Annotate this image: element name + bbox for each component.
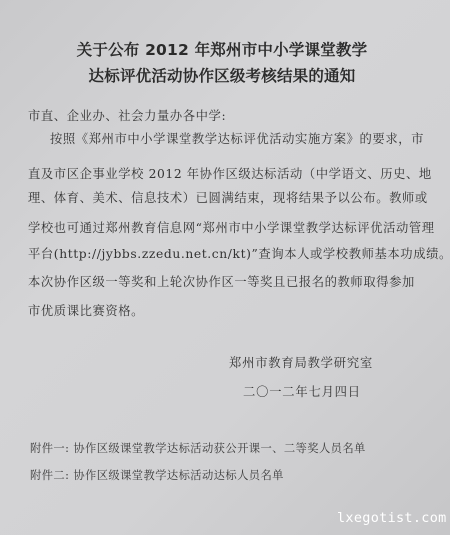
document-title-line-1: 关于公布 2012 年郑州市中小学课堂教学 — [0, 38, 447, 60]
attachment-2-prefix: 附件二: — [30, 469, 69, 482]
document-title-line-2: 达标评优活动协作区级考核结果的通知 — [0, 64, 447, 86]
watermark: lxegotist.com — [337, 510, 447, 526]
body-line-5: 平台(http://jybbs.zzedu.net.cn/kt)”查询本人或学校… — [28, 244, 450, 262]
body-line-7: 市优质课比赛资格。 — [28, 301, 144, 319]
attachment-2-text: 协作区级课堂教学达标活动达标人员名单 — [73, 469, 284, 482]
body-line-1: 按照《郑州市中小学课堂教学达标评优活动实施方案》的要求，市 — [50, 129, 424, 147]
document-page: 关于公布 2012 年郑州市中小学课堂教学 达标评优活动协作区级考核结果的通知 … — [0, 0, 450, 535]
body-line-3: 理、体育、美术、信息技术）已圆满结束，现将结果予以公布。教师或 — [28, 188, 428, 206]
salutation: 市直、企业办、社会力量办各中学: — [28, 106, 226, 124]
body-line-6: 本次协作区级一等奖和上轮次协作区一等奖且已报名的教师取得参加 — [28, 272, 415, 290]
body-line-2: 直及市区企事业学校 2012 年协作区级达标活动（中学语文、历史、地 — [28, 164, 432, 182]
attachment-1: 附件一:协作区级课堂教学达标活动获公开课一、二等奖人员名单 — [30, 440, 366, 456]
body-line-4: 学校也可通过郑州教育信息网“郑州市中小学课堂教学达标评优活动管理 — [28, 218, 435, 236]
attachment-1-prefix: 附件一: — [30, 442, 69, 455]
attachment-1-text: 协作区级课堂教学达标活动获公开课一、二等奖人员名单 — [73, 442, 365, 455]
signature-date: 二〇一二年七月四日 — [243, 382, 361, 400]
attachment-2: 附件二:协作区级课堂教学达标活动达标人员名单 — [30, 467, 284, 483]
signature-organization: 郑州市教育局教学研究室 — [229, 353, 373, 371]
